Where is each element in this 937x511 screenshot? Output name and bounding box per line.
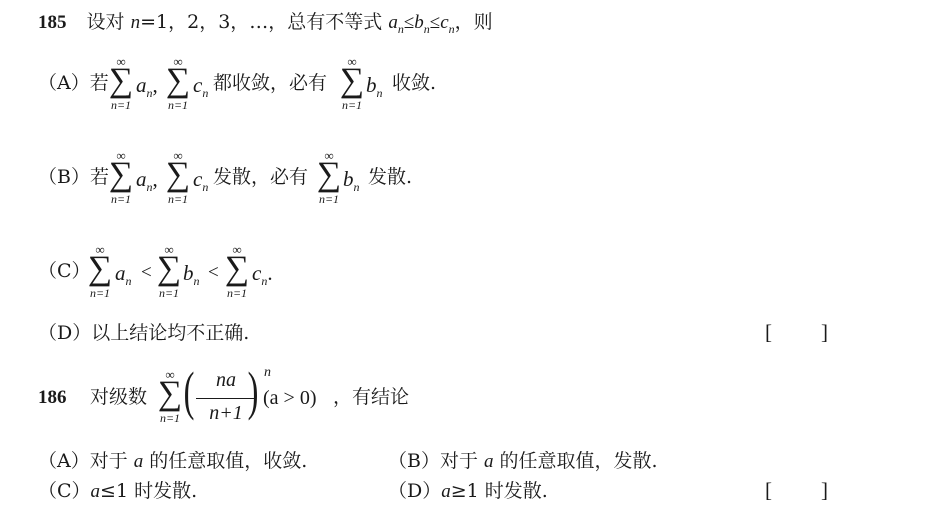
right-paren: ) [248, 364, 259, 418]
var-b: b [414, 12, 424, 33]
sigma-icon: ∑ [155, 377, 185, 411]
var-c: c [440, 12, 448, 33]
left-paren: ( [184, 364, 195, 418]
lt-symbol: < [141, 262, 152, 284]
problem-185-stem: 185 设对 n=1，2，3，…，总有不等式 an≤bn≤cn，则 [38, 11, 493, 35]
summation: ∞ ∑ n=1 [337, 55, 367, 115]
problem-number: 185 [38, 12, 67, 33]
problem-number: 186 [38, 387, 67, 409]
sum-lower: n=1 [314, 193, 344, 205]
option-label: （B）若 [38, 166, 109, 188]
sigma-icon: ∑ [222, 252, 252, 286]
lt-symbol: < [208, 262, 219, 284]
sigma-icon: ∑ [154, 252, 184, 286]
sum-lower: n=1 [163, 99, 193, 111]
option-label: （C） [38, 260, 91, 282]
option-text: 都收敛，必有 [213, 72, 327, 94]
var-n: n [131, 12, 141, 33]
term-b: bn [183, 262, 200, 287]
option-186-B: （B）对于 a 的任意取值，发散. [388, 450, 658, 473]
sum-lower: n=1 [222, 287, 252, 299]
option-186-C: （C）a≤1 时发散. [38, 480, 197, 503]
term-c: cn [193, 74, 208, 99]
sum-lower: n=1 [85, 287, 115, 299]
sum-lower: n=1 [163, 193, 193, 205]
subscript: n [424, 22, 430, 36]
stem-text: 设对 [87, 11, 131, 33]
summation: ∞ ∑ n=1 [163, 55, 193, 115]
sum-lower: n=1 [155, 412, 185, 424]
option-label: （A）若 [38, 72, 109, 94]
stem-text: =1，2，3，…，总有不等式 [140, 11, 388, 33]
sigma-icon: ∑ [337, 64, 367, 98]
sigma-icon: ∑ [314, 158, 344, 192]
exponent: n [264, 365, 271, 381]
summation: ∞ ∑ n=1 [314, 149, 344, 209]
term-a: an, [136, 168, 158, 193]
option-186-A: （A）对于 a 的任意取值，收敛. [38, 450, 307, 473]
option-185-D: （D）以上结论均不正确. [38, 322, 249, 344]
option-text: 收敛. [392, 72, 436, 94]
sum-lower: n=1 [106, 193, 136, 205]
sigma-icon: ∑ [106, 158, 136, 192]
var-a: a [388, 12, 398, 33]
answer-bracket-left: [ [765, 320, 772, 345]
sigma-icon: ∑ [85, 252, 115, 286]
answer-bracket-left: [ [765, 478, 772, 503]
stem-text: 对级数 [90, 386, 147, 408]
summation: ∞ ∑ n=1 [85, 243, 115, 303]
sigma-icon: ∑ [163, 64, 193, 98]
summation: ∞ ∑ n=1 [106, 149, 136, 209]
summation: ∞ ∑ n=1 [155, 368, 185, 428]
term-c: cn. [252, 262, 273, 287]
sigma-icon: ∑ [163, 158, 193, 192]
term-b: bn [366, 74, 383, 99]
sum-lower: n=1 [106, 99, 136, 111]
stem-text: ，则 [455, 11, 493, 33]
sum-lower: n=1 [154, 287, 184, 299]
answer-bracket-right: ] [821, 478, 828, 503]
term-a: an, [136, 74, 158, 99]
condition: (a > 0) [263, 387, 316, 409]
option-text: 发散，必有 [213, 166, 308, 188]
summation: ∞ ∑ n=1 [106, 55, 136, 115]
sigma-icon: ∑ [106, 64, 136, 98]
term-c: cn [193, 168, 208, 193]
leq-symbol: ≤ [404, 12, 414, 33]
sum-lower: n=1 [337, 99, 367, 111]
option-186-D: （D）a≥1 时发散. [388, 480, 548, 503]
term-a: an [115, 262, 132, 287]
summation: ∞ ∑ n=1 [222, 243, 252, 303]
summation: ∞ ∑ n=1 [154, 243, 184, 303]
stem-text: ，有结论 [333, 386, 409, 408]
leq-symbol: ≤ [430, 12, 440, 33]
term-b: bn [343, 168, 360, 193]
summation: ∞ ∑ n=1 [163, 149, 193, 209]
subscript: n [449, 22, 455, 36]
option-text: 发散. [368, 166, 412, 188]
subscript: n [398, 22, 404, 36]
answer-bracket-right: ] [821, 320, 828, 345]
